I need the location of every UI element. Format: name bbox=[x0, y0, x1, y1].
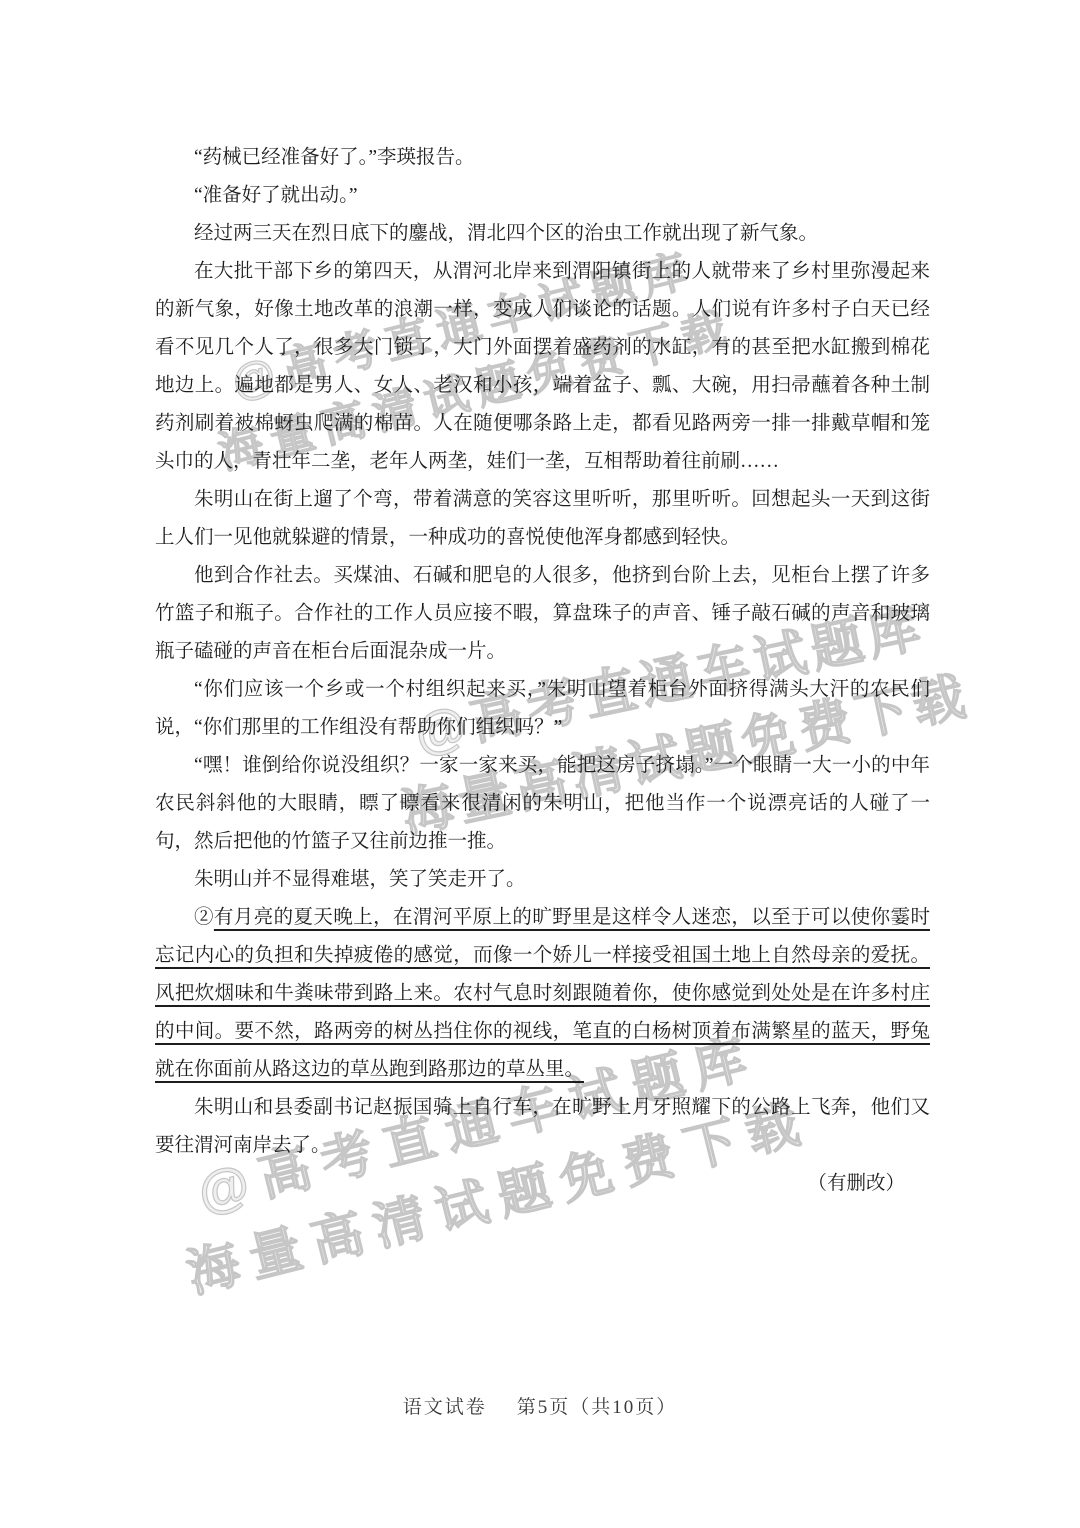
paragraph: “你们应该一个乡或一个村组织起来买，”朱明山望着柜台外面挤得满头大汗的农民们说，… bbox=[155, 671, 930, 747]
paragraph: 朱明山在街上遛了个弯，带着满意的笑容这里听听，那里听听。回想起头一天到这街上人们… bbox=[155, 481, 930, 557]
paragraph: 他到合作社去。买煤油、石碱和肥皂的人很多，他挤到台阶上去，见柜台上摆了许多竹篮子… bbox=[155, 557, 930, 671]
footer-page-number: 第5页（共10页） bbox=[517, 1392, 678, 1419]
paragraph-text: “嘿！谁倒给你说没组织？一家一家来买，能把这房子挤塌。”一个眼睛一大一小的中年农… bbox=[155, 755, 930, 852]
underlined-paragraph: ②有月亮的夏天晚上，在渭河平原上的旷野里是这样令人迷恋，以至于可以使你霎时忘记内… bbox=[155, 899, 930, 1089]
paragraph: “嘿！谁倒给你说没组织？一家一家来买，能把这房子挤塌。”一个眼睛一大一小的中年农… bbox=[155, 747, 930, 861]
passage-text: “药械已经准备好了。”李瑛报告。“准备好了就出动。”经过两三天在烈日底下的鏖战，… bbox=[155, 139, 930, 1203]
paragraph-text: 朱明山并不显得难堪，笑了笑走开了。 bbox=[194, 869, 526, 890]
paragraph-text: “药械已经准备好了。”李瑛报告。 bbox=[194, 147, 475, 168]
exam-page: @高考直通车试题库 海量高清试题免费下载 @高考直通车试题库 海量高清试题免费下… bbox=[0, 0, 1080, 1528]
paragraph-text: 朱明山和县委副书记赵振国骑上自行车，在旷野上月牙照耀下的公路上飞奔，他们又要往渭… bbox=[155, 1097, 930, 1156]
paragraph-text: 朱明山在街上遛了个弯，带着满意的笑容这里听听，那里听听。回想起头一天到这街上人们… bbox=[155, 489, 930, 548]
paragraph: “准备好了就出动。” bbox=[155, 177, 930, 215]
paragraph-text: 有月亮的夏天晚上，在渭河平原上的旷野里是这样令人迷恋，以至于可以使你霎时忘记内心… bbox=[155, 907, 930, 1080]
paragraph-text: 经过两三天在烈日底下的鏖战，渭北四个区的治虫工作就出现了新气象。 bbox=[194, 223, 818, 244]
paragraph-text: 他到合作社去。买煤油、石碱和肥皂的人很多，他挤到台阶上去，见柜台上摆了许多竹篮子… bbox=[155, 565, 930, 662]
paragraph-text: 在大批干部下乡的第四天，从渭河北岸来到渭阳镇街上的人就带来了乡村里弥漫起来的新气… bbox=[155, 261, 930, 472]
paragraph-text: （有删改） bbox=[807, 1173, 905, 1194]
exam-paper-scan: { "colors": { "page_background": "#fffff… bbox=[0, 0, 1080, 1528]
paragraph: “药械已经准备好了。”李瑛报告。 bbox=[155, 139, 930, 177]
attribution-note: （有删改） bbox=[155, 1165, 930, 1203]
paragraph: 朱明山并不显得难堪，笑了笑走开了。 bbox=[155, 861, 930, 899]
page-footer: 语文试卷 第5页（共10页） bbox=[0, 1392, 1080, 1419]
paragraph: 朱明山和县委副书记赵振国骑上自行车，在旷野上月牙照耀下的公路上飞奔，他们又要往渭… bbox=[155, 1089, 930, 1165]
footer-paper-title: 语文试卷 bbox=[403, 1392, 487, 1419]
paragraph-text: “准备好了就出动。” bbox=[194, 185, 358, 206]
circled-number-marker: ② bbox=[194, 907, 214, 928]
paragraph: 经过两三天在烈日底下的鏖战，渭北四个区的治虫工作就出现了新气象。 bbox=[155, 215, 930, 253]
paragraph-text: “你们应该一个乡或一个村组织起来买，”朱明山望着柜台外面挤得满头大汗的农民们说，… bbox=[155, 679, 930, 738]
paragraph: 在大批干部下乡的第四天，从渭河北岸来到渭阳镇街上的人就带来了乡村里弥漫起来的新气… bbox=[155, 253, 930, 481]
